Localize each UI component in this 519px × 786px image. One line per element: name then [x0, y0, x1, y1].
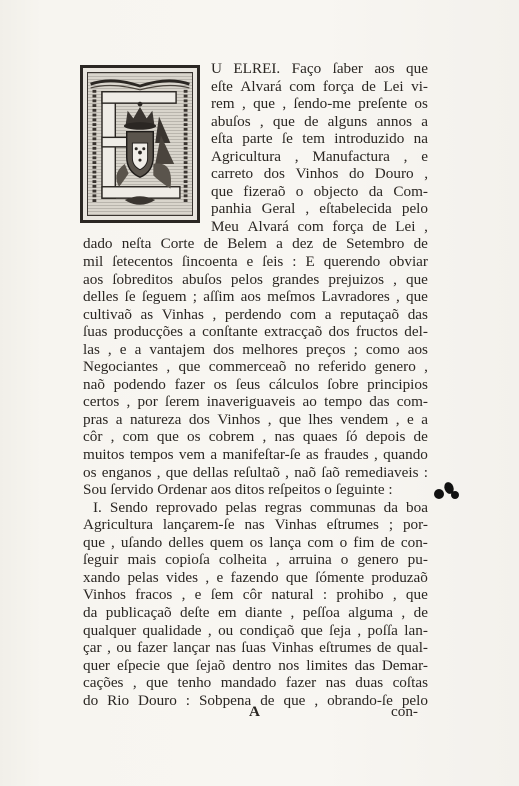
- word: e: [421, 148, 428, 166]
- word: ,: [291, 604, 295, 622]
- word: que: [406, 271, 428, 289]
- word: ,: [260, 113, 264, 131]
- word: dos: [264, 165, 285, 183]
- word: e: [120, 341, 127, 359]
- word: abuſos: [182, 271, 222, 289]
- word: e: [195, 586, 202, 604]
- word: pu-: [408, 551, 428, 569]
- word: de: [322, 235, 336, 253]
- word: reprovado: [156, 499, 218, 517]
- text-line: xandopelasvides,efazendoqueſómenteproduz…: [83, 569, 428, 587]
- word: ſeja: [329, 622, 351, 640]
- word: eſtrumes: [327, 516, 379, 534]
- word: ,: [208, 622, 212, 640]
- text-line: dadoneſtaCortedeBelemadezdeSetembrode: [83, 235, 428, 253]
- word: depois: [366, 428, 406, 446]
- text-line: eſteAlvarácomforçadeLeivi-: [211, 78, 428, 96]
- word: grandes: [272, 271, 319, 289]
- word: ,: [424, 358, 428, 376]
- word: panhia: [211, 200, 251, 218]
- word: Vinhos: [83, 586, 126, 604]
- text-line: eſtaparteſetemintroduzidona: [211, 130, 428, 148]
- word: eſta: [211, 130, 233, 148]
- word: extracçaõ: [264, 323, 322, 341]
- word: ſerem: [165, 393, 200, 411]
- word: a: [421, 113, 428, 131]
- word: aos: [241, 288, 261, 306]
- word: Alvará: [240, 78, 281, 96]
- word: lhes: [308, 411, 332, 429]
- word: ſendo-me: [293, 95, 350, 113]
- word: peſſoa: [303, 604, 340, 622]
- word: em: [218, 604, 237, 622]
- word: nas: [274, 428, 294, 446]
- text-line: qualquerqualidade,oucondiçaõqueſeja,poſſ…: [83, 622, 428, 640]
- word: ,: [295, 148, 299, 166]
- word: colheita: [219, 551, 267, 569]
- word: ,: [166, 358, 170, 376]
- word: ,: [424, 165, 428, 183]
- word: com: [307, 534, 333, 552]
- word: naõ: [294, 464, 316, 482]
- text-line: MeuAlvarácomforçadeLei,: [211, 218, 428, 236]
- word: del-: [404, 323, 428, 341]
- word: certos: [83, 393, 119, 411]
- word: ſómente: [315, 569, 364, 587]
- word: ſeis: [262, 253, 283, 271]
- word: os: [83, 464, 97, 482]
- word: limites: [306, 657, 347, 675]
- text-line: Vinhosfracos,eſemcôrnatural:prohibo,que: [83, 586, 428, 604]
- word: :: [424, 464, 428, 482]
- text-line: çar,oufazerlançarnasſuasVinhaseſtrumesde…: [83, 639, 428, 657]
- word: ,: [182, 586, 186, 604]
- word: ,: [401, 604, 405, 622]
- word: que: [406, 288, 428, 306]
- word: poſſa: [368, 622, 398, 640]
- word: com-: [397, 393, 428, 411]
- text-line: prasanaturezadosVinhos,quelhesvendem,ea: [83, 411, 428, 429]
- word: prohibo: [336, 586, 383, 604]
- word: publicaçaõ: [106, 604, 172, 622]
- word: a: [189, 323, 196, 341]
- word: da: [369, 183, 383, 201]
- word: :: [292, 253, 296, 271]
- word: ao: [303, 393, 317, 411]
- ink-blot-icon: [433, 480, 463, 506]
- word: fazer: [137, 639, 167, 657]
- word: das: [369, 393, 389, 411]
- word: quer: [83, 657, 110, 675]
- word: reputaçaõ: [340, 306, 399, 324]
- word: nas: [216, 639, 236, 657]
- word: tem: [302, 130, 325, 148]
- word: vides: [166, 569, 198, 587]
- text-line: quefizeraõoobjectodaCom-: [211, 183, 428, 201]
- word: com: [289, 78, 315, 96]
- word: mandado: [221, 674, 277, 692]
- word: a: [325, 306, 332, 324]
- word: fructos: [356, 323, 398, 341]
- word: referido: [318, 358, 366, 376]
- word: mais: [127, 551, 156, 569]
- word: no: [295, 358, 310, 376]
- word: podendo: [114, 376, 166, 394]
- word: de: [377, 639, 391, 657]
- word: fraudes: [324, 446, 369, 464]
- word: os: [214, 376, 228, 394]
- word: remediaveis: [345, 464, 418, 482]
- word: e: [247, 253, 254, 271]
- text-line: panhiaGeral,eſtabelecidapelo: [211, 200, 428, 218]
- text-line: certos,porſereminaveriguaveisaotempodasc…: [83, 393, 428, 411]
- word: pras: [83, 411, 108, 429]
- word: de: [204, 235, 218, 253]
- word: que: [167, 657, 189, 675]
- word: ,: [262, 428, 266, 446]
- word: força: [323, 78, 354, 96]
- word: ſetecentos: [112, 253, 173, 271]
- word: ſeguem: [142, 288, 187, 306]
- text-line: aosſobreditosabuſospelosgrandesprejuizos…: [83, 271, 428, 289]
- word: ſeus: [236, 376, 260, 394]
- word: de: [414, 604, 428, 622]
- word: ſobreditos: [112, 271, 173, 289]
- word: os: [250, 534, 264, 552]
- word: çar: [83, 639, 102, 657]
- word: de: [362, 78, 376, 96]
- word: Douro: [375, 165, 414, 183]
- text-line: UELREI.Façoſaberaosque: [211, 60, 428, 78]
- word: o: [340, 534, 348, 552]
- word: Agricultura: [83, 516, 153, 534]
- word: como: [366, 341, 400, 359]
- word: produzaõ: [371, 569, 428, 587]
- word: dado: [83, 235, 113, 253]
- word: vem: [179, 446, 205, 464]
- word: quando: [383, 446, 428, 464]
- word: força: [332, 218, 363, 236]
- word: ,: [111, 428, 115, 446]
- word: ſaber: [333, 60, 363, 78]
- text-line: ſeguirmaiscopioſacolheita,arruinaogenero…: [83, 551, 428, 569]
- word: ,: [357, 622, 361, 640]
- word: com: [298, 218, 324, 236]
- word: das: [408, 306, 428, 324]
- word: côr: [243, 586, 262, 604]
- word: de: [304, 113, 318, 131]
- word: fazer: [175, 376, 205, 394]
- page-footer: A con-: [83, 703, 428, 721]
- word: que: [406, 60, 428, 78]
- word: de: [380, 534, 394, 552]
- word: com: [290, 306, 316, 324]
- word: arruina: [289, 551, 332, 569]
- word: cobrem: [209, 428, 255, 446]
- word: cações: [83, 674, 123, 692]
- word: fracos: [135, 586, 172, 604]
- text-line: milſetecentosſincoentaeſeis:Equerendoobv…: [83, 253, 428, 271]
- word: ſuas: [83, 323, 107, 341]
- word: ou: [218, 622, 233, 640]
- word: :: [323, 586, 327, 604]
- word: preços: [306, 341, 346, 359]
- word: vendem: [340, 411, 388, 429]
- signature-mark: A: [249, 703, 260, 721]
- word: fizeraõ: [243, 183, 285, 201]
- word: abuſos: [211, 113, 251, 131]
- word: alguns: [328, 113, 368, 131]
- word: fazendo: [231, 569, 279, 587]
- word: conſtante: [202, 323, 258, 341]
- word: xando: [83, 569, 120, 587]
- word: Sendo: [110, 499, 148, 517]
- word: U: [211, 60, 222, 78]
- word: natural: [271, 586, 313, 604]
- word: pelas: [225, 499, 256, 517]
- word: ſeguir: [83, 551, 118, 569]
- word: eſpecie: [117, 657, 160, 675]
- text-line: dellesſeſeguem;aſſimaosmeſmosLavradores,…: [83, 288, 428, 306]
- word: que: [211, 183, 233, 201]
- word: natureza: [130, 411, 181, 429]
- word: aſſim: [203, 288, 234, 306]
- word: ,: [133, 674, 137, 692]
- word: a: [276, 235, 283, 253]
- word: Corte: [161, 235, 195, 253]
- word: ſem: [211, 586, 234, 604]
- word: objecto: [314, 183, 359, 201]
- word: de: [414, 235, 428, 253]
- word: pelos: [231, 271, 263, 289]
- word: ,: [285, 464, 289, 482]
- word: parte: [242, 130, 272, 148]
- word: que: [146, 674, 168, 692]
- word: ſincoenta: [182, 253, 238, 271]
- word: Vinhas: [271, 639, 313, 657]
- word: Alvará: [248, 218, 289, 236]
- word: ,: [212, 306, 216, 324]
- text-line: Agricultura,Manufactura,e: [211, 148, 428, 166]
- word: alguma: [348, 604, 393, 622]
- text-line: côr,comqueoscobrem,nasquaesſódepoisde: [83, 428, 428, 446]
- word: ,: [111, 534, 115, 552]
- word: ſuas: [241, 639, 265, 657]
- word: vi-: [411, 78, 428, 96]
- word: das: [355, 657, 375, 675]
- text-line: dapublicaçaõdeſteemdiante,peſſoaalguma,d…: [83, 604, 428, 622]
- word: copioſa: [165, 551, 210, 569]
- word: a: [135, 341, 142, 359]
- catchword: con-: [391, 703, 418, 721]
- word: qual-: [397, 639, 428, 657]
- word: de: [372, 218, 386, 236]
- word: ;: [354, 341, 358, 359]
- word: I.: [93, 499, 102, 517]
- word: rem: [211, 95, 235, 113]
- word: fim: [353, 534, 374, 552]
- section-heading-line: I.Sendoreprovadopelasregrascommunasdaboa: [83, 499, 428, 517]
- word: que: [286, 569, 308, 587]
- text-line: muitostemposvemamanifeſtar-ſeasfraudes,q…: [83, 446, 428, 464]
- word: prejuizos: [328, 271, 384, 289]
- word: delles: [168, 534, 203, 552]
- word: Lei: [395, 218, 415, 236]
- word: e: [216, 569, 223, 587]
- word: ,: [276, 551, 280, 569]
- word: ,: [396, 411, 400, 429]
- word: Manufactura: [312, 148, 390, 166]
- word: e: [407, 411, 414, 429]
- word: qualidade: [143, 622, 202, 640]
- word: por: [138, 393, 158, 411]
- word: perdendo: [225, 306, 282, 324]
- word: a: [421, 411, 428, 429]
- word: tenho: [178, 674, 212, 692]
- word: con-: [401, 534, 428, 552]
- word: Lei: [383, 78, 403, 96]
- word: Vinhas: [162, 306, 204, 324]
- word: ſejaõ: [196, 657, 226, 675]
- word: eſtrumes: [319, 639, 371, 657]
- word: ſó: [346, 428, 358, 446]
- word: Geral: [262, 200, 296, 218]
- word: quaes: [303, 428, 338, 446]
- word: dos: [213, 341, 234, 359]
- word: lança: [269, 534, 301, 552]
- word: regras: [265, 499, 302, 517]
- text-line: Sou ſervido Ordenar aos ditos reſpeitos …: [83, 481, 428, 499]
- word: que: [83, 534, 105, 552]
- word: Negociantes: [83, 358, 158, 376]
- word: dez: [292, 235, 313, 253]
- word: a: [210, 446, 217, 464]
- word: Agricultura: [211, 148, 281, 166]
- word: ,: [393, 271, 397, 289]
- word: genero: [375, 358, 416, 376]
- word: producções: [114, 323, 183, 341]
- word: ;: [389, 516, 393, 534]
- word: tempos: [130, 446, 174, 464]
- word: Vinhas: [275, 516, 317, 534]
- word: côr: [83, 428, 102, 446]
- text-line: naõpodendofazerosſeuscálculosſobreprinci…: [83, 376, 428, 394]
- word: cultivaõ: [83, 306, 132, 324]
- word: que: [166, 464, 188, 482]
- word: ſaõ: [321, 464, 340, 482]
- word: ,: [268, 411, 272, 429]
- word: meſmos: [267, 288, 315, 306]
- document-page: UELREI.Façoſaberaosque eſteAlvarácomforç…: [0, 0, 519, 786]
- word: nas: [244, 516, 264, 534]
- word: Belem: [227, 235, 267, 253]
- word: qualquer: [83, 622, 136, 640]
- word: uſando: [121, 534, 162, 552]
- word: na: [414, 130, 428, 148]
- word: aos: [408, 341, 428, 359]
- word: ,: [108, 341, 112, 359]
- word: ,: [305, 200, 309, 218]
- word: com: [123, 428, 149, 446]
- word: que: [279, 411, 301, 429]
- word: dellas: [193, 464, 228, 482]
- word: las: [83, 341, 100, 359]
- word: nas: [326, 674, 346, 692]
- word: duas: [355, 674, 383, 692]
- text-line: osenganos,quedellasreſultaõ,naõſaõremedi…: [83, 464, 428, 482]
- word: principios: [367, 376, 428, 394]
- word: aos: [83, 271, 103, 289]
- word: do: [349, 165, 364, 183]
- word: Vinhos: [217, 411, 260, 429]
- word: o: [341, 551, 349, 569]
- word: tempo: [324, 393, 362, 411]
- word: que: [301, 622, 323, 640]
- word: cálculos: [269, 376, 319, 394]
- word: da: [83, 604, 97, 622]
- word: mil: [83, 253, 103, 271]
- word: o: [296, 183, 304, 201]
- word: por-: [403, 516, 428, 534]
- word: ,: [396, 288, 400, 306]
- word: ,: [242, 95, 246, 113]
- text-line: Negociantes,quecommerceaõnoreferidogener…: [83, 358, 428, 376]
- text-line: las,eavantajemdosmelhorespreços;comoaos: [83, 341, 428, 359]
- word: neſta: [122, 235, 152, 253]
- word: ſobre: [327, 376, 358, 394]
- word: que: [157, 428, 179, 446]
- word: Vinhos: [295, 165, 338, 183]
- word: lan-: [404, 622, 428, 640]
- word: ou: [116, 639, 131, 657]
- text-line: quereſpeciequeſejaõdentronoslimitesdasDe…: [83, 657, 428, 675]
- word: ELREI.: [233, 60, 280, 78]
- word: communas: [310, 499, 376, 517]
- word: naõ: [83, 376, 105, 394]
- word: Meu: [211, 218, 239, 236]
- word: da: [384, 499, 398, 517]
- word: deſte: [180, 604, 210, 622]
- word: que: [406, 586, 428, 604]
- word: boa: [406, 499, 428, 517]
- text-line: cações,quetenhomandadofazernasduascoſtas: [83, 674, 428, 692]
- word: introduzido: [334, 130, 404, 148]
- word: carreto: [211, 165, 253, 183]
- word: preſente: [358, 95, 407, 113]
- text-line: que,uſandodellesquemoslançacomofimdecon-: [83, 534, 428, 552]
- text-line: cultivaõasVinhas,perdendocomareputaçaõda…: [83, 306, 428, 324]
- word: a: [116, 411, 123, 429]
- word: ,: [393, 586, 397, 604]
- word: aos: [374, 60, 394, 78]
- word: nos: [278, 657, 299, 675]
- word: coſtas: [393, 674, 428, 692]
- word: ſe: [282, 130, 293, 148]
- body-text: UELREI.Façoſaberaosque eſteAlvarácomforç…: [83, 60, 428, 709]
- word: manifeſtar-ſe: [223, 446, 301, 464]
- word: pelas: [127, 569, 158, 587]
- word: genero: [357, 551, 398, 569]
- word: ſe: [125, 288, 136, 306]
- word: que: [253, 95, 275, 113]
- word: ,: [424, 218, 428, 236]
- word: que: [273, 113, 295, 131]
- word: diante: [245, 604, 282, 622]
- word: que: [178, 358, 200, 376]
- text-line: abuſos,quedealgunsannosa: [211, 113, 428, 131]
- word: lançarem-ſe: [163, 516, 235, 534]
- word: ,: [107, 639, 111, 657]
